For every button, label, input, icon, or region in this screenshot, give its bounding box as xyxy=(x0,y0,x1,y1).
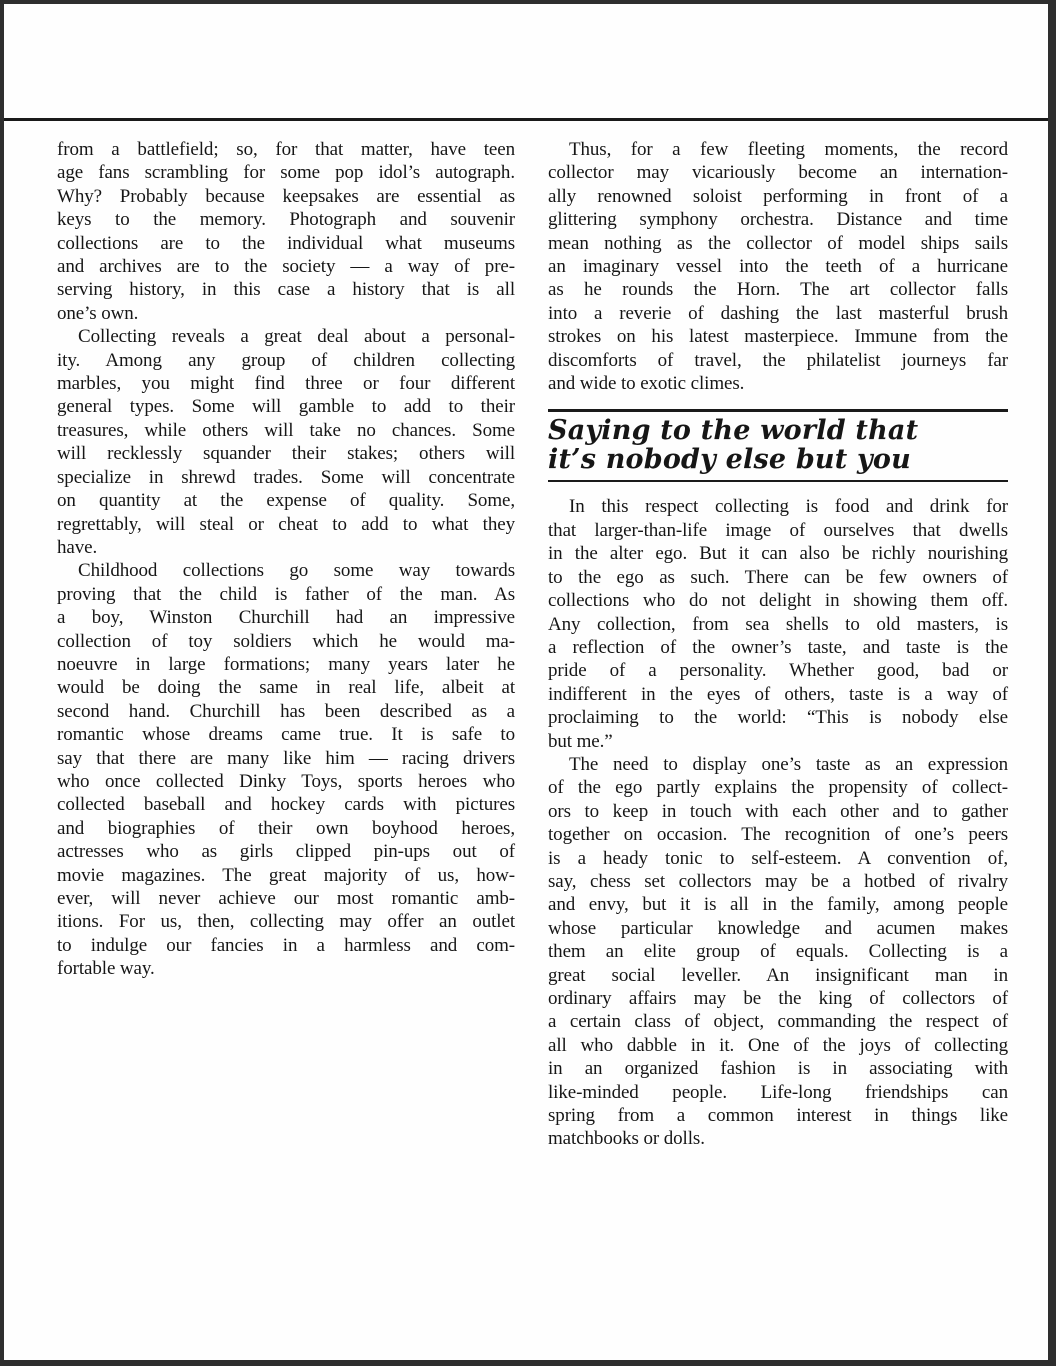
text-line: that larger-than-life image of ourselves… xyxy=(548,519,1008,542)
text-line: ally renowned soloist performing in fron… xyxy=(548,185,1008,208)
text-line: ever, will never achieve our most romant… xyxy=(57,887,515,910)
text-line: and wide to exotic climes. xyxy=(548,372,1008,395)
text-line: Any collection, from sea shells to old m… xyxy=(548,613,1008,636)
section-heading-block: Saying to the world thatit’s nobody else… xyxy=(548,409,1008,482)
paragraph: from a battlefield; so, for that matter,… xyxy=(57,138,515,325)
right-column-bottom: In this respect collecting is food and d… xyxy=(548,495,1008,1150)
paragraph: Collecting reveals a great deal about a … xyxy=(57,325,515,559)
text-columns: from a battlefield; so, for that matter,… xyxy=(4,121,1048,1151)
text-line: as he rounds the Horn. The art collector… xyxy=(548,278,1008,301)
text-line: of the ego partly explains the propensit… xyxy=(548,776,1008,799)
paragraph: In this respect collecting is food and d… xyxy=(548,495,1008,752)
right-column: Thus, for a few fleeting moments, the re… xyxy=(548,138,1008,1151)
text-line: In this respect collecting is food and d… xyxy=(548,495,1008,518)
text-line: whose particular knowledge and acumen ma… xyxy=(548,917,1008,940)
text-line: age fans scrambling for some pop idol’s … xyxy=(57,161,515,184)
text-line: indifferent in the eyes of others, taste… xyxy=(548,683,1008,706)
paragraph: The need to display one’s taste as an ex… xyxy=(548,753,1008,1151)
text-line: general types. Some will gamble to add t… xyxy=(57,395,515,418)
text-line: romantic whose dreams came true. It is s… xyxy=(57,723,515,746)
right-column-top: Thus, for a few fleeting moments, the re… xyxy=(548,138,1008,395)
text-line: treasures, while others will take no cha… xyxy=(57,419,515,442)
text-line: second hand. Churchill has been describe… xyxy=(57,700,515,723)
text-line: who once collected Dinky Toys, sports he… xyxy=(57,770,515,793)
text-line: fortable way. xyxy=(57,957,515,980)
text-line: regrettably, will steal or cheat to add … xyxy=(57,513,515,536)
page-top-margin xyxy=(4,4,1048,118)
text-line: ordinary affairs may be the king of coll… xyxy=(548,987,1008,1010)
paragraph: Childhood collections go some way toward… xyxy=(57,559,515,980)
text-line: glittering symphony orchestra. Distance … xyxy=(548,208,1008,231)
text-line: serving history, in this case a history … xyxy=(57,278,515,301)
text-line: like-minded people. Life-long friendship… xyxy=(548,1081,1008,1104)
section-heading-line: Saying to the world that xyxy=(548,416,1008,446)
text-line: collections are to the individual what m… xyxy=(57,232,515,255)
text-line: ors to keep in touch with each other and… xyxy=(548,800,1008,823)
text-line: discomforts of travel, the philatelist j… xyxy=(548,349,1008,372)
book-page: from a battlefield; so, for that matter,… xyxy=(0,0,1056,1366)
text-line: collector may vicariously become an inte… xyxy=(548,161,1008,184)
text-line: matchbooks or dolls. xyxy=(548,1127,1008,1150)
text-line: itions. For us, then, collecting may off… xyxy=(57,910,515,933)
left-column: from a battlefield; so, for that matter,… xyxy=(57,138,515,1151)
text-line: on quantity at the expense of quality. S… xyxy=(57,489,515,512)
text-line: and biographies of their own boyhood her… xyxy=(57,817,515,840)
text-line: is a heady tonic to self-esteem. A conve… xyxy=(548,847,1008,870)
text-line: pride of a personality. Whether good, ba… xyxy=(548,659,1008,682)
text-line: Why? Probably because keepsakes are esse… xyxy=(57,185,515,208)
text-line: one’s own. xyxy=(57,302,515,325)
text-line: actresses who as girls clipped pin-ups o… xyxy=(57,840,515,863)
text-line: have. xyxy=(57,536,515,559)
text-line: will recklessly squander their stakes; o… xyxy=(57,442,515,465)
text-line: a certain class of object, commanding th… xyxy=(548,1010,1008,1033)
text-line: specialize in shrewd trades. Some will c… xyxy=(57,466,515,489)
text-line: and archives are to the society — a way … xyxy=(57,255,515,278)
heading-bottom-rule xyxy=(548,480,1008,483)
text-line: keys to the memory. Photograph and souve… xyxy=(57,208,515,231)
text-line: collection of toy soldiers which he woul… xyxy=(57,630,515,653)
heading-top-rule xyxy=(548,409,1008,412)
text-line: say that there are many like him — racin… xyxy=(57,747,515,770)
text-line: proclaiming to the world: “This is nobod… xyxy=(548,706,1008,729)
text-line: and envy, but it is all in the family, a… xyxy=(548,893,1008,916)
text-line: a reflection of the owner’s taste, and t… xyxy=(548,636,1008,659)
text-line: proving that the child is father of the … xyxy=(57,583,515,606)
text-line: a boy, Winston Churchill had an impressi… xyxy=(57,606,515,629)
text-line: say, chess set collectors may be a hotbe… xyxy=(548,870,1008,893)
text-line: in an organized fashion is in associatin… xyxy=(548,1057,1008,1080)
text-line: noeuvre in large formations; many years … xyxy=(57,653,515,676)
text-line: in the alter ego. But it can also be ric… xyxy=(548,542,1008,565)
text-line: them an elite group of equals. Collectin… xyxy=(548,940,1008,963)
text-line: collected baseball and hockey cards with… xyxy=(57,793,515,816)
text-line: movie magazines. The great majority of u… xyxy=(57,864,515,887)
text-line: spring from a common interest in things … xyxy=(548,1104,1008,1127)
text-line: The need to display one’s taste as an ex… xyxy=(548,753,1008,776)
text-line: but me.” xyxy=(548,730,1008,753)
text-line: to the ego as such. There can be few own… xyxy=(548,566,1008,589)
text-line: ity. Among any group of children collect… xyxy=(57,349,515,372)
text-line: into a reverie of dashing the last maste… xyxy=(548,302,1008,325)
text-line: Childhood collections go some way toward… xyxy=(57,559,515,582)
text-line: an imaginary vessel into the teeth of a … xyxy=(548,255,1008,278)
text-line: to indulge our fancies in a harmless and… xyxy=(57,934,515,957)
text-line: great social leveller. An insignificant … xyxy=(548,964,1008,987)
text-line: all who dabble in it. One of the joys of… xyxy=(548,1034,1008,1057)
text-line: strokes on his latest masterpiece. Immun… xyxy=(548,325,1008,348)
text-line: Thus, for a few fleeting moments, the re… xyxy=(548,138,1008,161)
section-heading-line: it’s nobody else but you xyxy=(548,445,1008,475)
text-line: collections who do not delight in showin… xyxy=(548,589,1008,612)
text-line: Collecting reveals a great deal about a … xyxy=(57,325,515,348)
text-line: marbles, you might find three or four di… xyxy=(57,372,515,395)
paragraph: Thus, for a few fleeting moments, the re… xyxy=(548,138,1008,395)
text-line: would be doing the same in real life, al… xyxy=(57,676,515,699)
section-heading: Saying to the world thatit’s nobody else… xyxy=(548,416,1008,475)
text-line: from a battlefield; so, for that matter,… xyxy=(57,138,515,161)
text-line: together on occasion. The recognition of… xyxy=(548,823,1008,846)
text-line: mean nothing as the collector of model s… xyxy=(548,232,1008,255)
